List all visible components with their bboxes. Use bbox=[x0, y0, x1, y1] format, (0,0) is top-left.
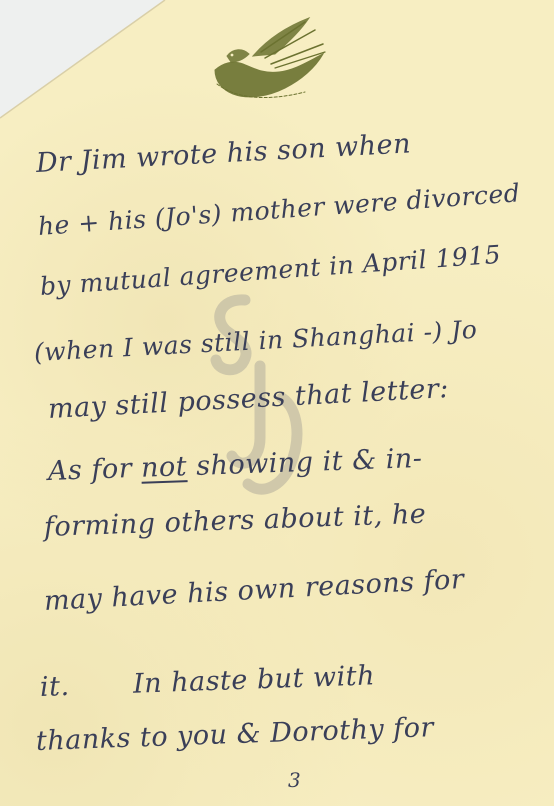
letter-line-5: may still possess that letter: bbox=[47, 373, 449, 425]
letter-line-3: by mutual agreement in April 1915 bbox=[39, 240, 502, 301]
letter-page: Dr Jim wrote his son when he + his (Jo's… bbox=[0, 0, 554, 806]
letter-line-7: forming others about it, he bbox=[43, 499, 426, 543]
letter-line-8: may have his own reasons for bbox=[43, 564, 465, 617]
page-number: 3 bbox=[288, 768, 301, 792]
letter-line-10: thanks to you & Dorothy for bbox=[35, 712, 434, 757]
letter-line-1: Dr Jim wrote his son when bbox=[35, 128, 411, 179]
letter-line-6-after: showing it & in- bbox=[187, 443, 423, 482]
letter-line-2: he + his (Jo's) mother were divorced bbox=[37, 178, 521, 241]
dove-icon bbox=[205, 8, 330, 113]
letter-line-9: it. In haste but with bbox=[39, 660, 375, 703]
underlined-word: not bbox=[141, 451, 188, 484]
letter-line-6-before: As for bbox=[47, 453, 141, 487]
letter-line-6: As for not showing it & in- bbox=[47, 443, 422, 487]
letter-line-4: (when I was still in Shanghai -) Jo bbox=[33, 315, 478, 367]
